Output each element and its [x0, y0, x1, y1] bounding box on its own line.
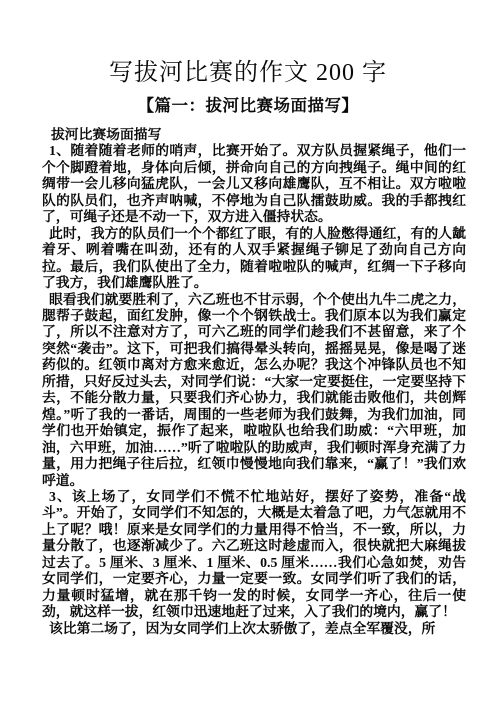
- page-title: 写拔河比赛的作文 200 字: [0, 0, 496, 87]
- paragraph-list: 1、随着随着老师的哨声，比赛开始了。双方队员握紧绳子，他们一个个脚蹬着地，身体向…: [42, 143, 466, 637]
- document-page: 写拔河比赛的作文 200 字 【篇一：拔河比赛场面描写】 拔河比赛场面描写 1、…: [0, 0, 496, 702]
- page-subtitle: 【篇一：拔河比赛场面描写】: [0, 92, 496, 116]
- document-body: 拔河比赛场面描写 1、随着随着老师的哨声，比赛开始了。双方队员握紧绳子，他们一个…: [42, 127, 466, 637]
- body-paragraph: 眼看我们就要胜利了，六乙班也不甘示弱，个个使出九牛二虎之力，腮帮子鼓起，面红发肿…: [42, 292, 466, 489]
- body-heading: 拔河比赛场面描写: [42, 127, 466, 143]
- body-paragraph: 3、该上场了，女同学们不慌不忙地站好，摆好了姿势，准备“战斗”。开始了，女同学们…: [42, 489, 466, 621]
- body-paragraph: 1、随着随着老师的哨声，比赛开始了。双方队员握紧绳子，他们一个个脚蹬着地，身体向…: [42, 143, 466, 225]
- body-paragraph: 该比第二场了，因为女同学们上次太骄傲了，差点全军覆没，所: [42, 621, 466, 637]
- body-paragraph: 此时，我方的队员们一个个都红了眼，有的人脸憋得通红，有的人龇着牙、咧着嘴在叫劲，…: [42, 226, 466, 292]
